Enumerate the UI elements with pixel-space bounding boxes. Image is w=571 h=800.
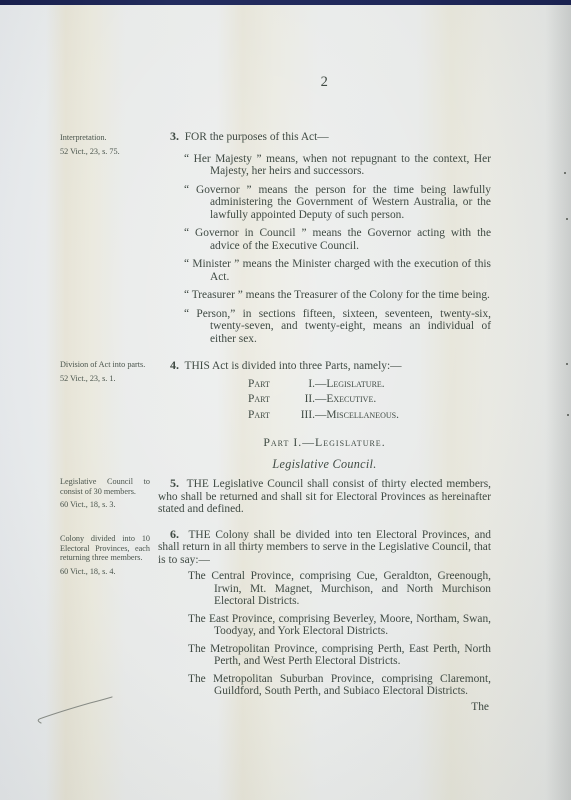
margin-note-text: Legislative Council to consist of 30 mem… bbox=[60, 477, 150, 496]
part-name: —Executive. bbox=[315, 393, 376, 409]
margin-note-ref: 60 Vict., 18, s. 3. bbox=[60, 500, 150, 510]
section-6-paragraph: 6. THE Colony shall be divided into ten … bbox=[158, 528, 491, 567]
part-name: —Miscellaneous. bbox=[315, 409, 399, 425]
section-6-number: 6. bbox=[170, 527, 179, 541]
ink-speck bbox=[566, 218, 568, 220]
definition-governor-in-council: “ Governor in Council ” means the Govern… bbox=[184, 227, 491, 252]
part-name: —Legislature. bbox=[315, 378, 385, 394]
definition-minister: “ Minister ” means the Minister charged … bbox=[184, 258, 491, 283]
section-4-number: 4. bbox=[170, 358, 179, 372]
margin-note-council-members: Legislative Council to consist of 30 mem… bbox=[60, 477, 150, 510]
section-5-number: 5. bbox=[170, 476, 179, 490]
part-word: Part bbox=[248, 393, 288, 409]
province-central: The Central Province, comprising Cue, Ge… bbox=[188, 570, 491, 608]
provinces-list: The Central Province, comprising Cue, Ge… bbox=[158, 570, 491, 698]
section-3-number: 3. bbox=[170, 129, 179, 143]
province-east: The East Province, comprising Beverley, … bbox=[188, 613, 491, 638]
page-number: 2 bbox=[158, 74, 491, 91]
main-text-column: 3. FOR the purposes of this Act— “ Her M… bbox=[158, 130, 491, 713]
ink-speck bbox=[567, 414, 569, 416]
parts-list-item-3: PartIII.—Miscellaneous. bbox=[248, 409, 491, 425]
province-metropolitan: The Metropolitan Province, comprising Pe… bbox=[188, 643, 491, 668]
definition-person: “ Person,” in sections fifteen, sixteen,… bbox=[184, 308, 491, 346]
parts-list: PartI.—Legislature. PartII.—Executive. P… bbox=[248, 378, 491, 425]
section-5-text: THE Legislative Council shall consist of… bbox=[158, 478, 491, 515]
section-3-opening: 3. FOR the purposes of this Act— bbox=[158, 130, 491, 144]
catchword: The bbox=[158, 701, 489, 714]
scan-top-edge bbox=[0, 0, 571, 5]
margin-note-text: Division of Act into parts. bbox=[60, 360, 150, 370]
part-word: Part bbox=[248, 409, 288, 425]
definition-governor: “ Governor ” means the person for the ti… bbox=[184, 184, 491, 222]
part-word: Part bbox=[248, 378, 288, 394]
section-3-text: FOR the purposes of this Act— bbox=[185, 131, 329, 143]
part-1-heading: Part I.—Legislature. bbox=[158, 436, 491, 449]
scanned-document-page: 2 Interpretation. 52 Vict., 23, s. 75. D… bbox=[0, 0, 571, 800]
section-6-text: THE Colony shall be divided into ten Ele… bbox=[158, 529, 491, 566]
ink-speck bbox=[564, 172, 566, 174]
part-numeral: III. bbox=[288, 409, 315, 425]
margin-note-ref: 52 Vict., 23, s. 75. bbox=[60, 147, 150, 157]
definition-her-majesty: “ Her Majesty ” means, when not repugnan… bbox=[184, 153, 491, 178]
ink-speck bbox=[566, 363, 568, 365]
definition-treasurer: “ Treasurer ” means the Treasurer of the… bbox=[184, 289, 491, 302]
definitions-list: “ Her Majesty ” means, when not repugnan… bbox=[158, 153, 491, 346]
province-metropolitan-suburban: The Metropolitan Suburban Province, comp… bbox=[188, 673, 491, 698]
section-5-paragraph: 5. THE Legislative Council shall consist… bbox=[158, 477, 491, 516]
legislative-council-subheading: Legislative Council. bbox=[158, 458, 491, 471]
margin-note-division-of-act: Division of Act into parts. 52 Vict., 23… bbox=[60, 360, 150, 383]
section-4-opening: 4. THIS Act is divided into three Parts,… bbox=[158, 359, 491, 373]
section-4-text: THIS Act is divided into three Parts, na… bbox=[185, 360, 402, 372]
part-numeral: I. bbox=[288, 378, 315, 394]
parts-list-item-2: PartII.—Executive. bbox=[248, 393, 491, 409]
margin-note-electoral-provinces: Colony divided into 10 Electoral Provinc… bbox=[60, 534, 150, 576]
margin-note-text: Colony divided into 10 Electoral Provinc… bbox=[60, 534, 150, 563]
part-numeral: II. bbox=[288, 393, 315, 409]
margin-note-interpretation: Interpretation. 52 Vict., 23, s. 75. bbox=[60, 133, 150, 156]
margin-note-text: Interpretation. bbox=[60, 133, 150, 143]
margin-note-ref: 60 Vict., 18, s. 4. bbox=[60, 567, 150, 577]
parts-list-item-1: PartI.—Legislature. bbox=[248, 378, 491, 394]
scratch-hair-mark bbox=[8, 693, 128, 733]
margin-note-ref: 52 Vict., 23, s. 1. bbox=[60, 374, 150, 384]
